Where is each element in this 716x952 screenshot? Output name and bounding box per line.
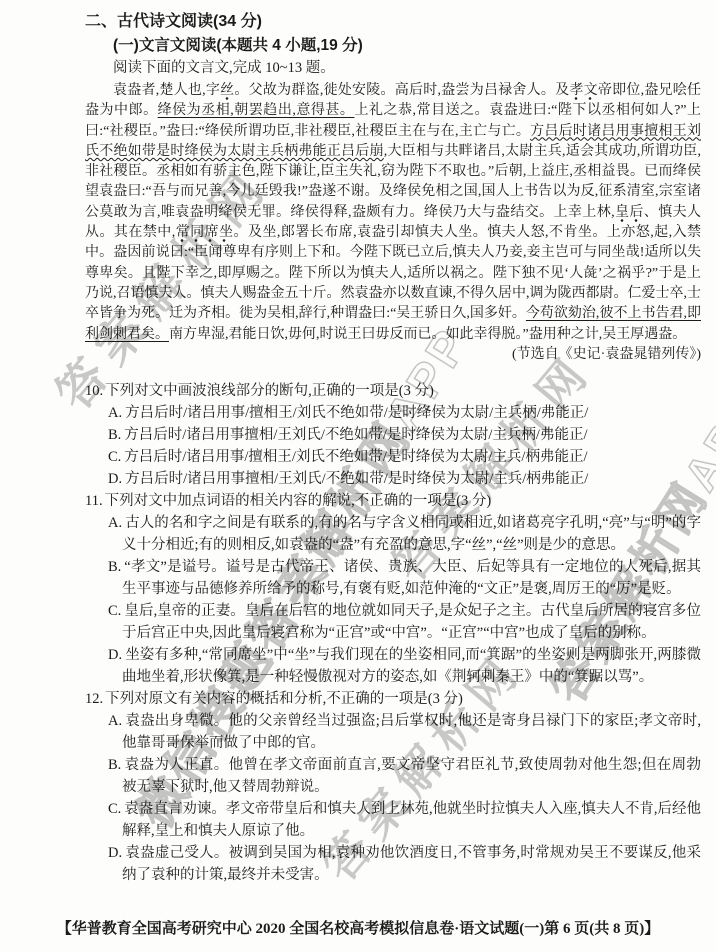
option-text: 袁盎虚己受人。被调到吴国为相,袁种劝他饮酒度日,不管事务,时常规劝吴王不要谋反,… bbox=[122, 845, 701, 883]
question-11-option-b: B.“孝文”是谥号。谥号是古代帝王、诸侯、贵族、大臣、后妃等具有一定地位的人死后… bbox=[85, 556, 701, 600]
option-text: 坐姿有多种,“常同席坐”中“坐”与我们现在的坐姿相同,而“箕踞”的坐姿则是两脚张… bbox=[122, 647, 701, 685]
passage-segment-underline: 绛侯为丞相,朝罢趋出,意得甚。 bbox=[158, 103, 355, 118]
option-text: 方吕后时/诸吕用事擅相/王刘氏/不绝如带/是时绛侯为太尉/主兵/柄弗能正/ bbox=[125, 471, 588, 487]
question-10-option-d: D.方吕后时/诸吕用事擅相/王刘氏/不绝如带/是时绛侯为太尉/主兵/柄弗能正/ bbox=[85, 468, 701, 490]
option-label: D. bbox=[108, 845, 122, 861]
passage-segment-dots: 孝文 bbox=[569, 83, 597, 101]
passage-segment-dots: 常同席坐 bbox=[175, 225, 233, 243]
option-text: 方吕后时/诸吕用事擅相/王刘氏/不绝如带/是时绛侯为太尉/主兵柄/弗能正/ bbox=[124, 427, 587, 443]
option-label: A. bbox=[108, 713, 122, 729]
question-12-option-d: D.袁盎虚己受人。被调到吴国为相,袁种劝他饮酒度日,不管事务,时常规劝吴王不要谋… bbox=[85, 842, 701, 886]
question-10-option-c: C.方吕后时/诸吕用事/擅相王/刘氏不绝如带/是时绛侯为太尉/主兵/柄弗能正/ bbox=[85, 446, 701, 468]
option-label: A. bbox=[108, 405, 122, 421]
option-label: D. bbox=[108, 647, 122, 663]
option-label: D. bbox=[108, 471, 122, 487]
question-number: 10. bbox=[85, 383, 103, 399]
option-text: 袁盎出身卑微。他的父亲曾经当过强盗;吕后掌权时,他还是寄身吕禄门下的家臣;孝文帝… bbox=[122, 713, 701, 751]
question-number: 11. bbox=[85, 493, 103, 509]
question-11-stem: 11.下列对文中加点词语的相关内容的解说,不正确的一项是(3 分) bbox=[85, 490, 701, 512]
option-label: C. bbox=[108, 449, 121, 465]
question-11: 11.下列对文中加点词语的相关内容的解说,不正确的一项是(3 分) A.古人的名… bbox=[85, 490, 701, 688]
passage-segment-plain: 南方卑湿,君能日饮,毋何,时说王曰毋反而已。如此幸得脱。”盎用种之计,吴王厚遇盎… bbox=[169, 327, 686, 342]
subsection-title: (一)文言文阅读(本题共 4 小题,19 分) bbox=[113, 34, 701, 57]
question-12: 12.下列对原文有关内容的概括和分析,不正确的一项是(3 分) A.袁盎出身卑微… bbox=[85, 688, 701, 886]
exam-page: 答案解析网 答案解析网 答案解析网 微信搜题答案解析网APP 答案解析网APP … bbox=[0, 0, 716, 952]
exam-content: 二、古代诗文阅读(34 分) (一)文言文阅读(本题共 4 小题,19 分) 阅… bbox=[85, 10, 701, 886]
question-12-option-c: C.袁盎直言劝谏。孝文帝带皇后和慎夫人到上林苑,他就坐时拉慎夫人入座,慎夫人不肯… bbox=[85, 798, 701, 842]
question-11-option-a: A.古人的名和字之间是有联系的,有的名与字含义相同或相近,如诸葛亮字孔明,“亮”… bbox=[85, 512, 701, 556]
option-text: 方吕后时/诸吕用事/擅相王/刘氏不绝如带/是时绛侯为太尉/主兵柄/弗能正/ bbox=[125, 405, 588, 421]
option-text: 袁盎为人正直。他曾在孝文帝面前直言,要文帝坚守君臣礼节,致使周勃对他生怨;但在周… bbox=[122, 757, 701, 795]
question-12-option-b: B.袁盎为人正直。他曾在孝文帝面前直言,要文帝坚守君臣礼节,致使周勃对他生怨;但… bbox=[85, 754, 701, 798]
question-11-option-d: D.坐姿有多种,“常同席坐”中“坐”与我们现在的坐姿相同,而“箕踞”的坐姿则是两… bbox=[85, 644, 701, 688]
question-11-option-c: C.皇后,皇帝的正妻。皇后在后宫的地位就如同天子,是众妃子之主。古代皇后所居的寝… bbox=[85, 600, 701, 644]
passage-segment-dots: 丝 bbox=[220, 83, 234, 101]
question-10-option-a: A.方吕后时/诸吕用事/擅相王/刘氏不绝如带/是时绛侯为太尉/主兵柄/弗能正/ bbox=[85, 402, 701, 424]
option-text: 皇后,皇帝的正妻。皇后在后宫的地位就如同天子,是众妃子之主。古代皇后所居的寝宫多… bbox=[122, 603, 701, 641]
question-12-stem: 12.下列对原文有关内容的概括和分析,不正确的一项是(3 分) bbox=[85, 688, 701, 710]
question-10-option-b: B.方吕后时/诸吕用事擅相/王刘氏/不绝如带/是时绛侯为太尉/主兵柄/弗能正/ bbox=[85, 424, 701, 446]
passage-segment-plain: 袁盎者,楚人也,字 bbox=[113, 83, 220, 98]
question-stem-text: 下列对文中加点词语的相关内容的解说,不正确的一项是(3 分) bbox=[105, 493, 492, 509]
option-text: 古人的名和字之间是有联系的,有的名与字含义相同或相近,如诸葛亮字孔明,“亮”与“… bbox=[122, 515, 701, 553]
question-stem-text: 下列对文中画波浪线部分的断句,正确的一项是(3 分) bbox=[105, 383, 434, 399]
option-text: 方吕后时/诸吕用事/擅相王/刘氏不绝如带/是时绛侯为太尉/主兵/柄弗能正/ bbox=[124, 449, 587, 465]
question-12-option-a: A.袁盎出身卑微。他的父亲曾经当过强盗;吕后掌权时,他还是寄身吕禄门下的家臣;孝… bbox=[85, 710, 701, 754]
option-label: C. bbox=[108, 603, 121, 619]
reading-instruction: 阅读下面的文言文,完成 10~13 题。 bbox=[113, 57, 701, 79]
option-text: “孝文”是谥号。谥号是古代帝王、诸侯、贵族、大臣、后妃等具有一定地位的人死后,据… bbox=[122, 559, 701, 597]
section-title: 二、古代诗文阅读(34 分) bbox=[85, 10, 701, 34]
option-text: 袁盎直言劝谏。孝文帝带皇后和慎夫人到上林苑,他就坐时拉慎夫人入座,慎夫人不肯,后… bbox=[122, 801, 701, 839]
question-number: 12. bbox=[85, 691, 103, 707]
option-label: B. bbox=[108, 427, 121, 443]
passage-source: (节选自《史记·袁盎晁错列传》) bbox=[85, 345, 701, 365]
passage-segment-dots: 皇后 bbox=[615, 205, 644, 223]
question-stem-text: 下列对原文有关内容的概括和分析,不正确的一项是(3 分) bbox=[105, 691, 463, 707]
question-10: 10.下列对文中画波浪线部分的断句,正确的一项是(3 分) A.方吕后时/诸吕用… bbox=[85, 380, 701, 490]
option-label: C. bbox=[108, 801, 121, 817]
option-label: B. bbox=[108, 559, 121, 575]
question-10-stem: 10.下列对文中画波浪线部分的断句,正确的一项是(3 分) bbox=[85, 380, 701, 402]
option-label: A. bbox=[108, 515, 122, 531]
classical-passage: 袁盎者,楚人也,字丝。父故为群盗,徙处安陵。高后时,盎尝为吕禄舍人。及孝文帝即位… bbox=[85, 81, 701, 345]
passage-segment-plain: 。父故为群盗,徙处安陵。高后时,盎尝为吕禄舍人。及 bbox=[234, 83, 569, 98]
option-label: B. bbox=[108, 757, 121, 773]
page-footer: 【华普教育全国高考研究中心 2020 全国名校高考模拟信息卷·语文试题(一)第 … bbox=[0, 917, 716, 938]
